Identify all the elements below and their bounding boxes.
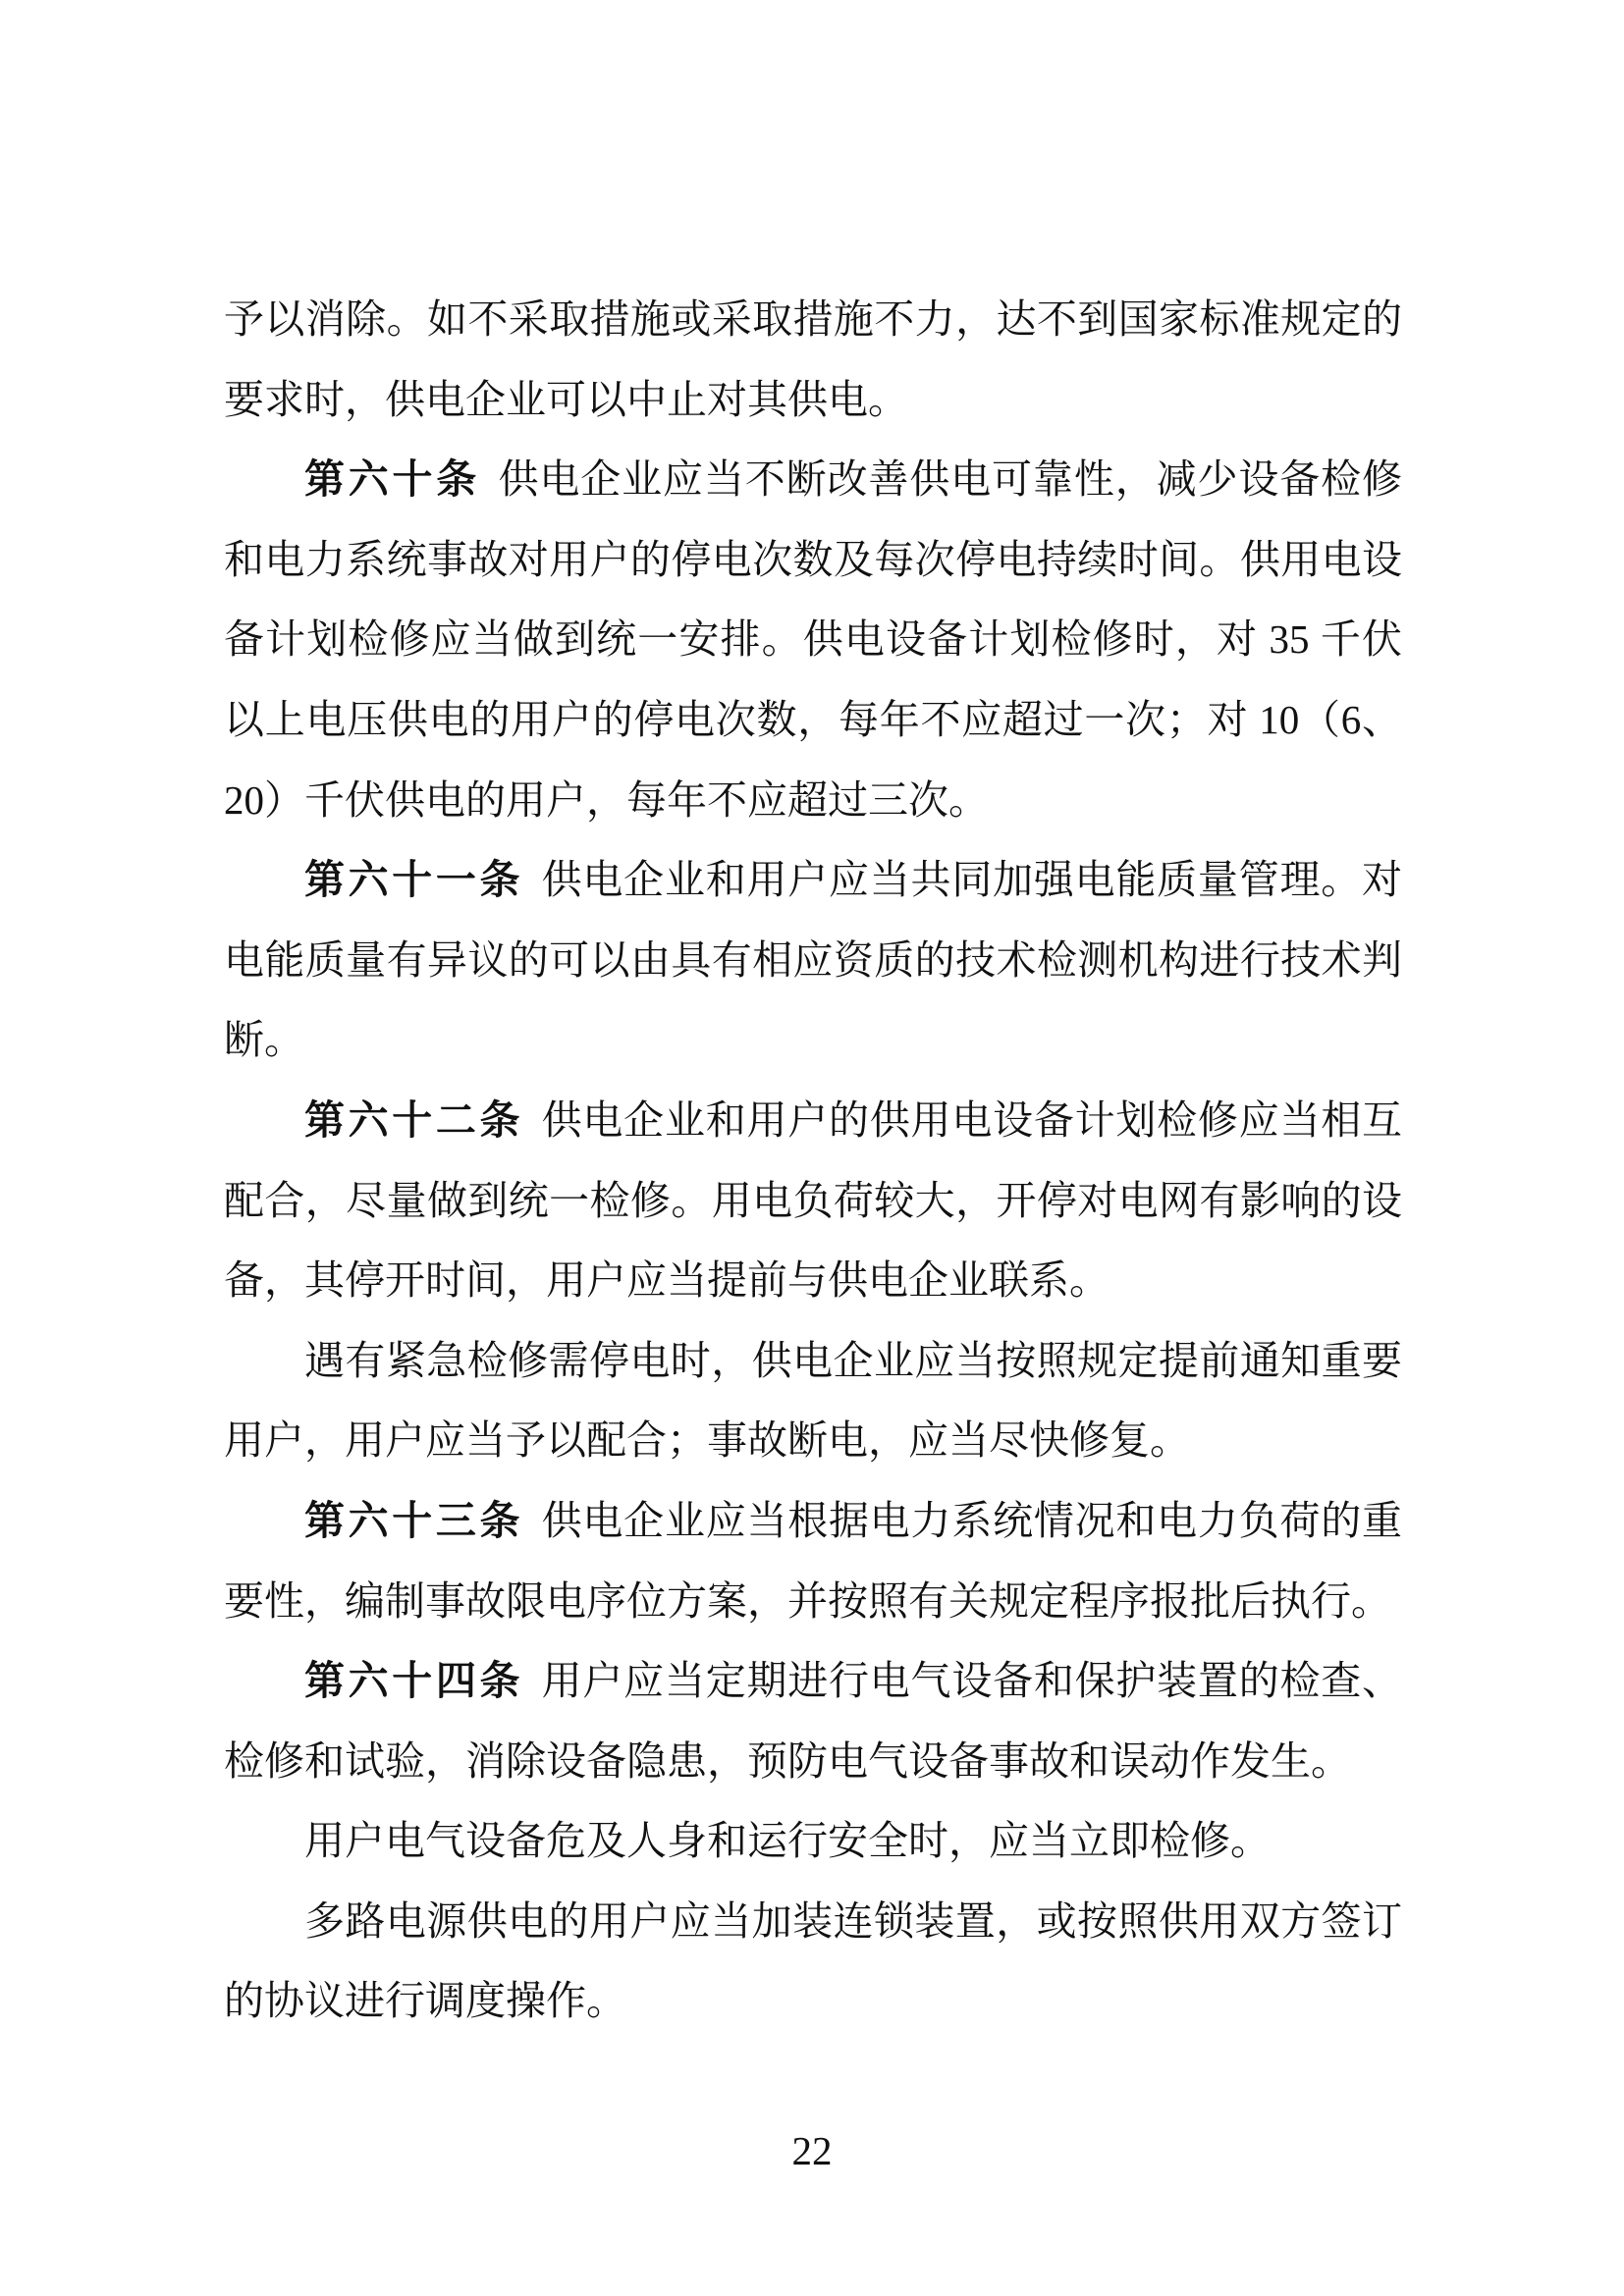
article-number-label: 第六十二条 [304,1097,523,1143]
paragraph-article-60: 第六十条供电企业应当不断改善供电可靠性，减少设备检修和电力系统事故对用户的停电次… [224,440,1402,840]
article-number-label: 第六十一条 [304,857,523,902]
paragraph-article-61: 第六十一条供电企业和用户应当共同加强电能质量管理。对电能质量有异议的可以由具有相… [224,840,1402,1081]
paragraph: 用户电气设备危及人身和运行安全时，应当立即检修。 [224,1801,1402,1882]
paragraph-article-62: 第六十二条供电企业和用户的供用电设备计划检修应当相互配合，尽量做到统一检修。用电… [224,1081,1402,1321]
paragraph-text: 供电企业应当不断改善供电可靠性，减少设备检修和电力系统事故对用户的停电次数及每次… [224,456,1402,822]
paragraph-article-64: 第六十四条用户应当定期进行电气设备和保护装置的检查、检修和试验，消除设备隐患，预… [224,1641,1402,1801]
paragraph: 多路电源供电的用户应当加装连锁装置，或按照供用双方签订的协议进行调度操作。 [224,1882,1402,2042]
page-body-text: 予以消除。如不采取措施或采取措施不力，达不到国家标准规定的要求时，供电企业可以中… [224,280,1402,2042]
paragraph-text: 用户电气设备危及人身和运行安全时，应当立即检修。 [304,1818,1271,1863]
paragraph: 予以消除。如不采取措施或采取措施不力，达不到国家标准规定的要求时，供电企业可以中… [224,280,1402,440]
article-number-label: 第六十四条 [304,1658,523,1703]
document-page: 予以消除。如不采取措施或采取措施不力，达不到国家标准规定的要求时，供电企业可以中… [0,0,1624,2296]
page-number: 22 [0,2126,1624,2175]
paragraph: 遇有紧急检修需停电时，供电企业应当按照规定提前通知重要用户，用户应当予以配合；事… [224,1321,1402,1481]
paragraph-text: 多路电源供电的用户应当加装连锁装置，或按照供用双方签订的协议进行调度操作。 [224,1898,1402,2024]
paragraph-article-63: 第六十三条供电企业应当根据电力系统情况和电力负荷的重要性，编制事故限电序位方案，… [224,1481,1402,1641]
article-number-label: 第六十条 [304,456,480,502]
paragraph-text: 予以消除。如不采取措施或采取措施不力，达不到国家标准规定的要求时，供电企业可以中… [224,296,1402,422]
paragraph-text: 遇有紧急检修需停电时，供电企业应当按照规定提前通知重要用户，用户应当予以配合；事… [224,1338,1402,1464]
article-number-label: 第六十三条 [304,1498,523,1543]
